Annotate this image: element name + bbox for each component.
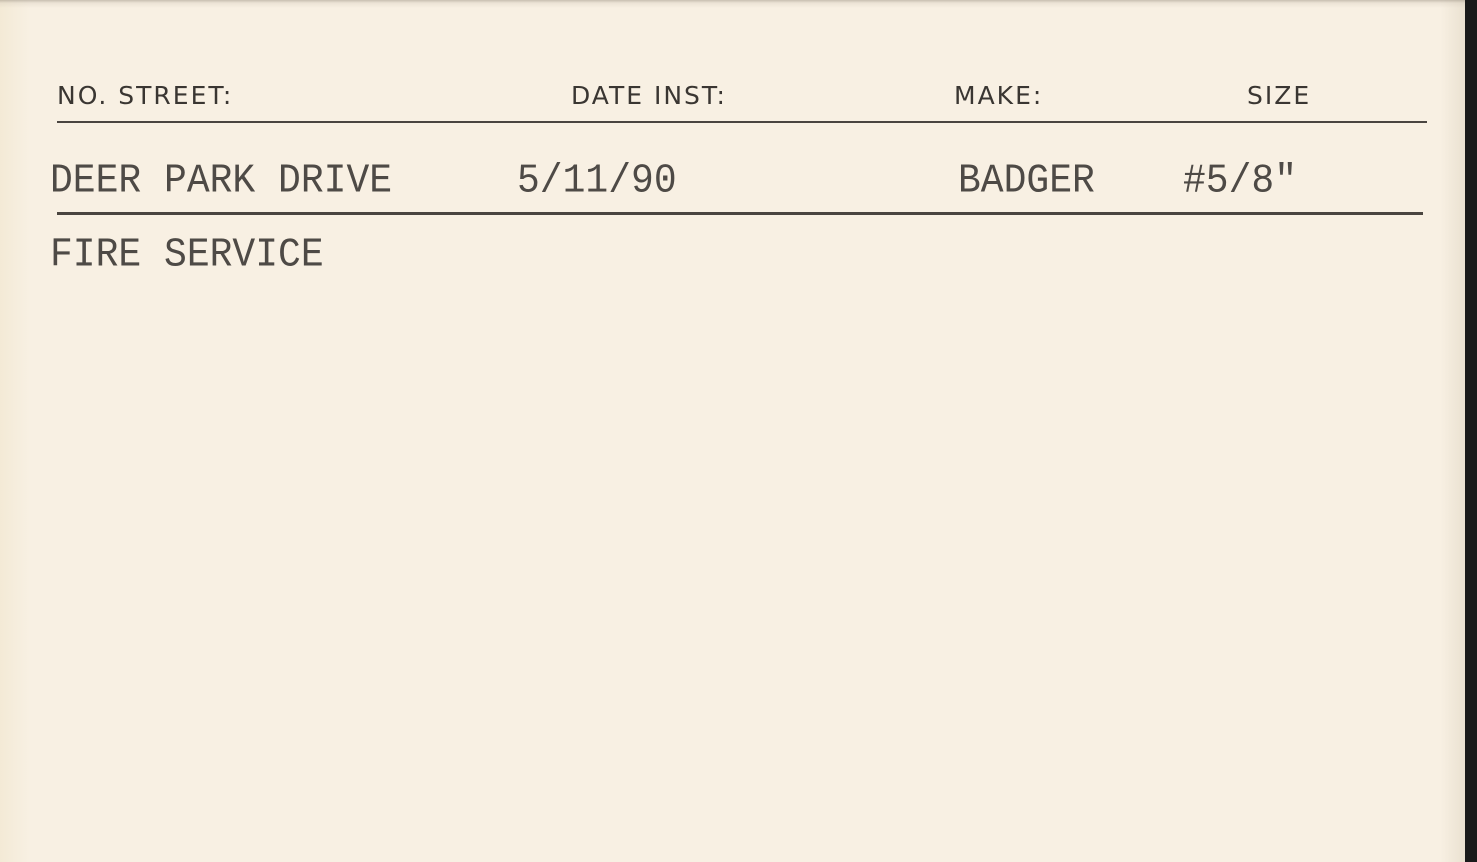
street-header: NO. STREET: (57, 81, 233, 110)
date-installed-value: 5/11/90 (517, 158, 677, 204)
meter-record-card: NO. STREET: DATE INST: MAKE: SIZE DEER P… (0, 0, 1465, 862)
make-value: BADGER (958, 158, 1095, 204)
make-header: MAKE: (954, 81, 1043, 110)
date-installed-header: DATE INST: (571, 81, 727, 110)
note-value: FIRE SERVICE (50, 232, 324, 278)
street-value: DEER PARK DRIVE (50, 158, 392, 204)
size-value: #5/8" (1183, 158, 1297, 204)
size-header: SIZE (1247, 81, 1311, 110)
header-rule (57, 121, 1427, 123)
entry-rule (57, 212, 1423, 215)
